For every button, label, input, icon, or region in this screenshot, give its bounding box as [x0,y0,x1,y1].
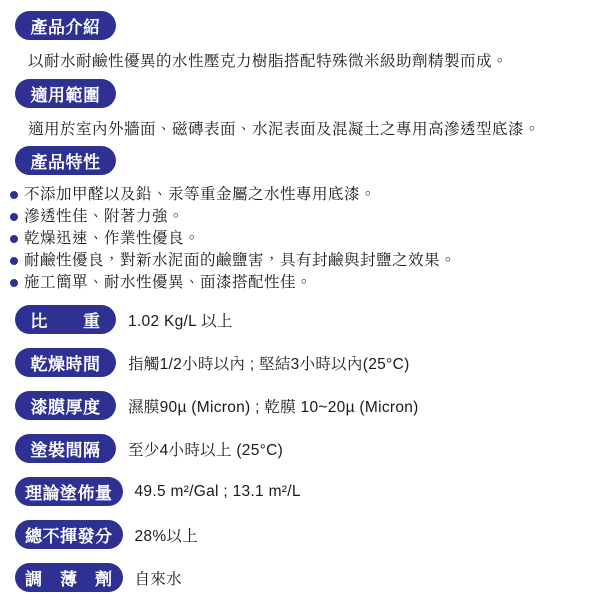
spec-value-coating-interval: 至少4小時以上 (25°C) [128,438,283,460]
section-intro: 產品介紹 [15,11,590,40]
spec-label-thinner: 調 薄 劑 [15,563,123,592]
spec-row-specific-gravity: 比 重 1.02 Kg/L 以上 [15,305,590,334]
spec-value-thinner: 自來水 [135,567,182,589]
feature-item: 乾燥迅速、作業性優良。 [10,228,590,250]
feature-text: 施工簡單、耐水性優異、面漆搭配性佳。 [24,272,312,294]
section-scope: 適用範圍 [15,79,590,108]
bullet-dot-icon [10,213,18,221]
section-label-intro: 產品介紹 [15,11,116,40]
feature-text: 滲透性佳、附著力強。 [24,206,184,228]
bullet-dot-icon [10,235,18,243]
spec-value-film-thickness: 濕膜90µ (Micron) ; 乾膜 10~20µ (Micron) [128,395,419,417]
bullet-dot-icon [10,279,18,287]
spec-label-film-thickness: 漆膜厚度 [15,391,116,420]
spec-value-nonvolatile-content: 28%以上 [135,524,199,546]
spec-row-film-thickness: 漆膜厚度 濕膜90µ (Micron) ; 乾膜 10~20µ (Micron) [15,391,590,420]
spec-row-thinner: 調 薄 劑 自來水 [15,563,590,592]
section-label-scope: 適用範圍 [15,79,116,108]
spec-label-nonvolatile-content: 總不揮發分 [15,520,123,549]
feature-item: 耐鹼性優良，對新水泥面的鹼鹽害，具有封鹼與封鹽之效果。 [10,250,590,272]
feature-text: 乾燥迅速、作業性優良。 [24,228,200,250]
feature-text: 不添加甲醛以及鉛、汞等重金屬之水性專用底漆。 [24,184,376,206]
spec-value-drying-time: 指觸1/2小時以內 ; 堅結3小時以內(25°C) [128,352,410,374]
spec-row-theoretical-coverage: 理論塗佈量 49.5 m²/Gal ; 13.1 m²/L [15,477,590,506]
spec-row-nonvolatile-content: 總不揮發分 28%以上 [15,520,590,549]
bullet-dot-icon [10,191,18,199]
bullet-dot-icon [10,257,18,265]
spec-row-coating-interval: 塗裝間隔 至少4小時以上 (25°C) [15,434,590,463]
spec-label-drying-time: 乾燥時間 [15,348,116,377]
spec-label-theoretical-coverage: 理論塗佈量 [15,477,123,506]
product-spec-sheet: 產品介紹 以耐水耐鹼性優異的水性壓克力樹脂搭配特殊微米級助劑精製而成。 適用範圍… [0,0,600,600]
feature-item: 施工簡單、耐水性優異、面漆搭配性佳。 [10,272,590,294]
section-label-features: 產品特性 [15,146,116,175]
feature-text: 耐鹼性優良，對新水泥面的鹼鹽害，具有封鹼與封鹽之效果。 [24,250,456,272]
feature-item: 滲透性佳、附著力強。 [10,206,590,228]
scope-text: 適用於室內外牆面、磁磚表面、水泥表面及混凝土之專用高滲透型底漆。 [28,120,590,140]
spec-label-coating-interval: 塗裝間隔 [15,434,116,463]
section-features: 產品特性 [15,146,590,175]
spec-label-specific-gravity: 比 重 [15,305,116,334]
feature-item: 不添加甲醛以及鉛、汞等重金屬之水性專用底漆。 [10,184,590,206]
intro-text: 以耐水耐鹼性優異的水性壓克力樹脂搭配特殊微米級助劑精製而成。 [28,52,590,72]
features-list: 不添加甲醛以及鉛、汞等重金屬之水性專用底漆。 滲透性佳、附著力強。 乾燥迅速、作… [15,184,590,294]
spec-value-specific-gravity: 1.02 Kg/L 以上 [128,309,233,331]
spec-row-drying-time: 乾燥時間 指觸1/2小時以內 ; 堅結3小時以內(25°C) [15,348,590,377]
spec-value-theoretical-coverage: 49.5 m²/Gal ; 13.1 m²/L [135,483,301,501]
